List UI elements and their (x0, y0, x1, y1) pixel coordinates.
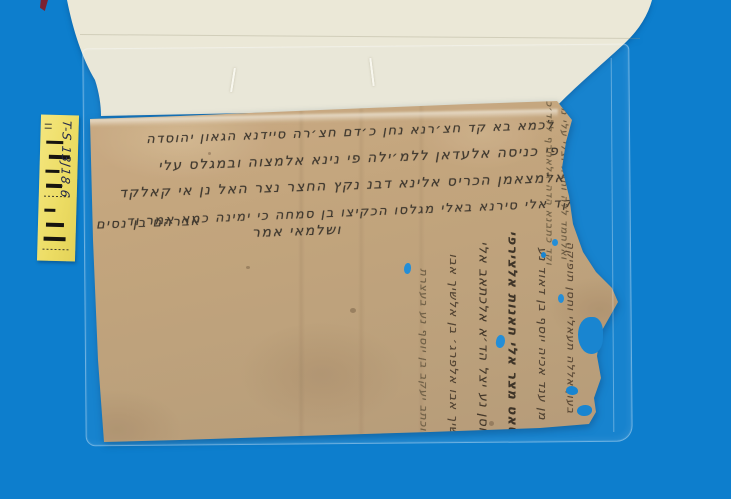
photo-canvas: T-S 13J18.6 לכמא בא קד חצ׳רנא נחן כ׳דם ח… (0, 0, 731, 499)
plastic-sleeve (82, 44, 632, 447)
